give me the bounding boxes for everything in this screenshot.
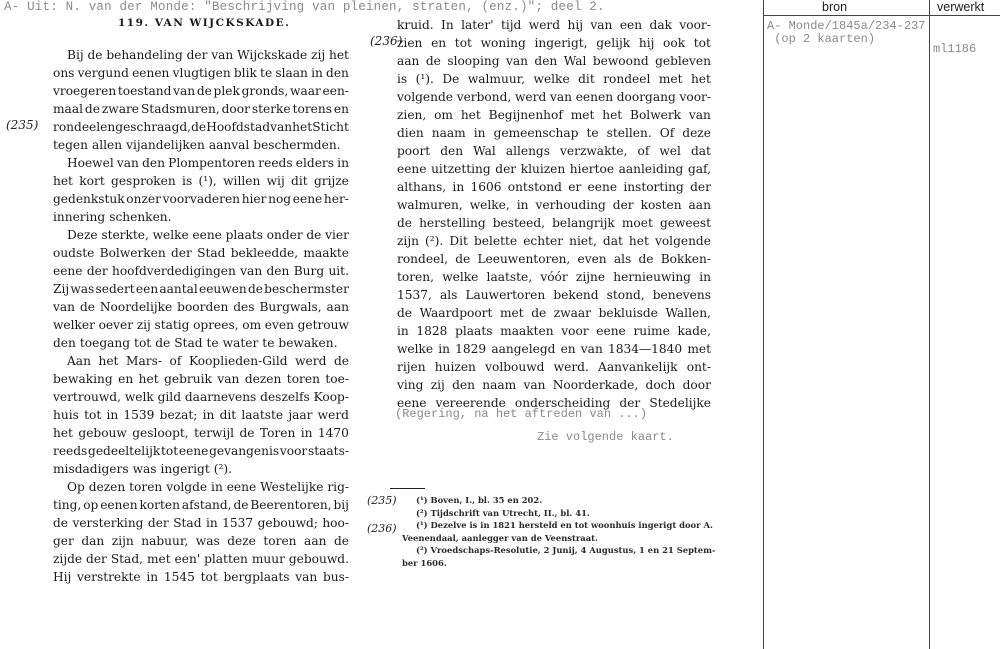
text-line: welkein1829aangelegdenvan1834—1840met [397,340,711,358]
right-column: kruid.Inlater'tijdwerdhijvaneendakvoor-z… [397,16,711,412]
footnote: (¹) Dezelve is in 1821 hersteld en tot w… [402,519,715,532]
text-line: zijdederStad,meteen'plattenmuurgebouwd. [53,550,349,568]
text-line: deWaardpoortmetdezwaarbekluisdeWallen, [397,304,711,322]
text-line: volgendeverbond,werdvaneenendoorgangvoor… [397,88,711,106]
text-line: gerdanzijnnabuur,wasdezetorenaande [53,532,349,550]
text-line: is(¹).Dewalmuur,welkeditrondeelmethet [397,70,711,88]
footnote-margin-235: (235) [367,494,397,507]
footnote-margin-236: (236) [367,522,397,535]
text-line: Zijwassederteenaantaleeuwendebeschermste… [53,280,349,298]
text-line: AanhetMars-ofKooplieden-Gildwerdde [53,352,349,370]
text-line: kruid.Inlater'tijdwerdhijvaneendakvoor- [397,16,711,34]
page-title: 119. VAN WIJCKSKADE. [118,17,290,29]
table-header-bron: bron [822,0,847,14]
text-line: tegenallenvijandelijkenaanvalbeschermden… [53,136,349,154]
text-line: gedenkstukonzervoorvaderenhiernogeeneher… [53,190,349,208]
footnote: (²) Tijdschrift van Utrecht, II., bl. 41… [402,507,715,520]
text-line: HoewelvandenPlompentorenreedseldersin [53,154,349,172]
text-line: Hijverstrektein1545totbergplaatsvanbus- [53,568,349,586]
text-line: vingzijdennaamvanNoorderkade,dochdoor [397,376,711,394]
text-line: Dezesterkte,welkeeeneplaatsonderdevier [53,226,349,244]
text-line: reedsgedeeltelijktoteenegevangenisvoorst… [53,442,349,460]
text-line: poortdenWalallengsverzwakte,ofweldat [397,142,711,160]
footnote: ber 1606. [402,557,715,570]
typed-source-header: A- Uit: N. van der Monde: "Beschrijving … [4,0,605,14]
footnote: (²) Vroedschaps-Resolutie, 2 Junij, 4 Au… [402,544,715,557]
text-line: onsvergundeenenvlugtigenblikteslaaninden [53,64,349,82]
margin-note-235: (235) [6,118,38,132]
text-line: OpdezentorenvolgdeineeneWestelijkerig- [53,478,349,496]
text-line: walmuren,welke,inverhoudingderkostenaan [397,196,711,214]
table-cell-verwerkt: ml1186 [933,43,976,56]
text-line: dentoegangtotdeStadtewatertebewaken. [53,334,349,352]
text-line: zien,omhetBegijnenhofmethetBolwerkvan [397,106,711,124]
footnote: (¹) Boven, I., bl. 35 en 202. [402,494,715,507]
text-line: eenederhoofdverdedigingenvandenBurguit. [53,262,349,280]
text-line: inneringschenken. [53,208,349,226]
text-line: deversterkingderStadin1537gebouwd;hoo- [53,514,349,532]
text-line: rijenhuizenvolbouwdwerd.Aanvankelijkont- [397,358,711,376]
typed-next-card: Zie volgende kaart. [537,430,674,444]
text-line: bewakingenhetgebruikvandezentorentoe- [53,370,349,388]
text-line: in1828plaatsmaaktenvooreeneruimekade, [397,322,711,340]
text-line: misdadigerswasingerigt(²). [53,460,349,478]
text-line: eeneuitzettingderkluizenhiertoeaanleidin… [397,160,711,178]
text-line: 1537,alsLauwertorenbekendstond,benevens [397,286,711,304]
table-header-verwerkt: verwerkt [937,0,984,14]
footnotes: (¹) Boven, I., bl. 35 en 202.(²) Tijdsch… [402,494,715,569]
table-divider-left [763,0,764,649]
text-line: maaldezwareStadsmuren,doorsterketorensen [53,100,349,118]
table-divider-middle [929,0,930,649]
footnote: Veenendaal, aanlegger van de Veenstraat. [402,532,715,545]
text-line: toren,welkelaatste,vóórzijnehernieuwingi… [397,268,711,286]
left-column: BijdebehandelingdervanWijckskadezijheton… [53,46,349,586]
text-line: hetkortgesprokenis(¹),willenwijditgrijze [53,172,349,190]
text-line: zienentotwoningingerigt,gelijkhijooktot [397,34,711,52]
text-line: vroegerentoestandvandeplekgronds,waareen… [53,82,349,100]
text-line: vandeNoordelijkeboordendesBurgwals,aan [53,298,349,316]
text-line: huistotin1539bezat;inditlaatstejaarwerd [53,406,349,424]
text-line: welkeroeverzijstatigoprees,omevengetrouw [53,316,349,334]
text-line: deherstellingbesteed,belangrijkmoetgewee… [397,214,711,232]
text-line: ting,opeenenkortenafstand,deBeerentoren,… [53,496,349,514]
text-line: althans,in1606ontstondereeneinstortingde… [397,178,711,196]
typed-continuation: (Regering, na het aftreden van ...) [395,407,647,421]
table-header-rule [763,15,1000,16]
footnote-rule [390,488,425,489]
text-line: diennaamingemeenschaptestellen.Ofdeze [397,124,711,142]
text-line: rondeelengeschraagd,deHoofdstadvanhetSti… [53,118,349,136]
text-line: zijn(²).Ditbeletteechterniet,dathetvolge… [397,232,711,250]
text-line: vertrouwd,welkgilddaarnevensdeszelfsKoop… [53,388,349,406]
table-cell-bron-2: (op 2 kaarten) [767,33,875,46]
text-line: hetgebouwgesloopt,terwijldeTorenin1470 [53,424,349,442]
text-line: oudsteBolwerkenderStadbekleedde,maakte [53,244,349,262]
text-line: BijdebehandelingdervanWijckskadezijhet [53,46,349,64]
text-line: rondeel,deLeeuwentoren,evenalsdeBokken- [397,250,711,268]
text-line: aandesloopingvandenWalbewoondgebleven [397,52,711,70]
